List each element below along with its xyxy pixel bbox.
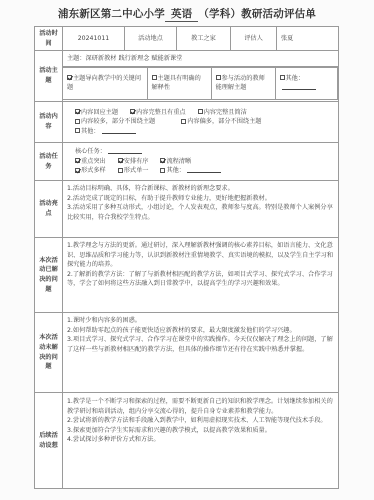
content-option-other[interactable]: 其他： bbox=[75, 127, 136, 137]
unsolved-item: 3.项目式学习、探究式学习、合作学习在课堂中的实践操作。今天仅仅解决了理念上的问… bbox=[67, 335, 334, 354]
content-option-4[interactable]: 内容较多，部分不围绕主题 bbox=[75, 117, 155, 127]
task-row: 活动任务 核心任务： 重点突出 安排有序 流程清晰 形式多样 形式单一 其他： bbox=[35, 143, 339, 181]
followup-content: 1.教学是一个不断学习和探索的过程，需要不断更新自己的知识和教学理念。计划继续参… bbox=[63, 393, 339, 489]
theme-row: 活动主题 主题：深研新教材 践行新理念 赋能新课堂 主题导向教学中的关键问题 主… bbox=[35, 51, 339, 102]
other-blank[interactable] bbox=[102, 128, 136, 134]
checkbox-icon bbox=[75, 119, 80, 124]
followup-label: 后续活动设想 bbox=[35, 393, 63, 489]
unsolved-item: 1.课时少和内容多的困惑。 bbox=[67, 316, 334, 326]
checkbox-icon bbox=[160, 168, 165, 173]
task-label: 活动任务 bbox=[35, 143, 63, 181]
checkbox-icon bbox=[118, 168, 123, 173]
solved-row: 本次活动已解决的问题 1.教学理念与方法的更新。通过研讨，深入理解新教材强调的核… bbox=[35, 238, 339, 313]
checkbox-checked-icon bbox=[67, 75, 72, 80]
checkbox-icon bbox=[280, 75, 285, 80]
unsolved-row: 本次活动未解决的问题 1.课时少和内容多的困惑。 2.如何帮助零起点的孩子能更快… bbox=[35, 313, 339, 393]
highlight-item: 1.活动目标明确、具体，符合新课标、新教材的新理念要求。 bbox=[67, 184, 334, 194]
highlights-row: 活动亮点 1.活动目标明确、具体，符合新课标、新教材的新理念要求。 2.活动完成… bbox=[35, 181, 339, 238]
solved-item: 2.了解新的教学方法：了解了与新教材相匹配的教学方法，如项目式学习、探究式学习、… bbox=[67, 270, 334, 289]
content-row: 活动内容 内容回应主题 内容完整且有重点 内容完整且简洁 内容较多，部分不围绕主… bbox=[35, 102, 339, 143]
task-option-other[interactable]: 其他： bbox=[160, 166, 221, 176]
theme-option-1[interactable]: 主题导向教学中的关键问题 bbox=[63, 67, 147, 99]
checkbox-icon bbox=[198, 109, 203, 114]
task-option-3[interactable]: 流程清晰 bbox=[160, 157, 191, 167]
assessor-label: 评估人 bbox=[231, 27, 277, 51]
checkbox-icon bbox=[216, 75, 221, 80]
theme-option-2[interactable]: 主题具有明确的解释性 bbox=[147, 67, 211, 99]
place-label: 活动地点 bbox=[125, 27, 177, 51]
checkbox-checked-icon bbox=[118, 158, 123, 163]
followup-item: 3.探索更加符合学生实际需求和兴趣的教学模式，以提高教学效果和质量。 bbox=[67, 426, 334, 436]
content-option-1[interactable]: 内容回应主题 bbox=[75, 108, 118, 118]
task-option-4[interactable]: 形式多样 bbox=[75, 166, 106, 176]
unsolved-item: 2.如何帮助零起点的孩子能更快适应新教材的要求，最大限度激发他们的学习兴趣。 bbox=[67, 326, 334, 336]
header-row: 活动时间 20241011 活动地点 教工之家 评估人 张夏 bbox=[35, 27, 339, 51]
unsolved-content: 1.课时少和内容多的困惑。 2.如何帮助零起点的孩子能更快适应新教材的要求，最大… bbox=[63, 313, 339, 393]
highlight-item: 2.活动完成了既定的目标，有助于提升教师专业能力，更好地把握新教材。 bbox=[67, 194, 334, 204]
task-option-2[interactable]: 安排有序 bbox=[118, 157, 149, 167]
theme-label: 活动主题 bbox=[35, 51, 63, 102]
followup-item: 4.尝试探讨多种评价方式和方法。 bbox=[67, 435, 334, 445]
core-task-label: 核心任务： bbox=[75, 148, 106, 155]
checkbox-checked-icon bbox=[130, 109, 135, 114]
content-label: 活动内容 bbox=[35, 102, 63, 143]
content-option-5[interactable]: 内容偏多，部分不围绕主题 bbox=[181, 117, 261, 127]
highlight-item: 3.活动采用了多种互动形式，小组讨论，个人发表观点，教师参与度高。特别是教师个人… bbox=[67, 203, 334, 222]
time-value: 20241011 bbox=[63, 27, 125, 51]
title-suffix: （学科）教研活动评估单 bbox=[198, 8, 316, 20]
followup-item: 2.尝试将新的教学方法和手段融入到教学中，如利用虚拟现实技术、人工智能等现代技术… bbox=[67, 416, 334, 426]
checkbox-checked-icon bbox=[75, 168, 80, 173]
followup-row: 后续活动设想 1.教学是一个不断学习和探索的过程，需要不断更新自己的知识和教学理… bbox=[35, 393, 339, 489]
content-option-3[interactable]: 内容完整且简洁 bbox=[198, 108, 247, 118]
task-option-5[interactable]: 形式单一 bbox=[118, 166, 149, 176]
subject-field: 英语 bbox=[165, 6, 198, 22]
core-task-blank[interactable] bbox=[108, 148, 142, 154]
other-blank[interactable] bbox=[282, 84, 316, 90]
theme-topic: 主题：深研新教材 践行新理念 赋能新课堂 bbox=[63, 52, 338, 67]
solved-label: 本次活动已解决的问题 bbox=[35, 238, 63, 313]
document-page: 浦东新区第二中心小学英语（学科）教研活动评估单 活动时间 20241011 活动… bbox=[0, 0, 374, 500]
document-title: 浦东新区第二中心小学英语（学科）教研活动评估单 bbox=[0, 6, 374, 22]
theme-option-other[interactable]: 其他： bbox=[275, 67, 338, 99]
followup-item: 1.教学是一个不断学习和探索的过程，需要不断更新自己的知识和教学理念。计划继续参… bbox=[67, 397, 334, 416]
checkbox-checked-icon bbox=[75, 158, 80, 163]
unsolved-label: 本次活动未解决的问题 bbox=[35, 313, 63, 393]
highlights-content: 1.活动目标明确、具体，符合新课标、新教材的新理念要求。 2.活动完成了既定的目… bbox=[63, 181, 339, 238]
evaluation-form-table: 活动时间 20241011 活动地点 教工之家 评估人 张夏 活动主题 主题：深… bbox=[34, 26, 339, 489]
school-name: 浦东新区第二中心小学 bbox=[58, 8, 165, 20]
checkbox-icon bbox=[152, 75, 157, 80]
assessor-value: 张夏 bbox=[277, 27, 339, 51]
place-value: 教工之家 bbox=[177, 27, 231, 51]
checkbox-icon bbox=[75, 128, 80, 133]
checkbox-checked-icon bbox=[75, 109, 80, 114]
other-blank[interactable] bbox=[187, 167, 221, 173]
task-option-1[interactable]: 重点突出 bbox=[75, 157, 106, 167]
content-option-2[interactable]: 内容完整且有重点 bbox=[130, 108, 186, 118]
solved-item: 1.教学理念与方法的更新。通过研讨，深入理解新教材强调的核心素养目标，如语言能力… bbox=[67, 241, 334, 270]
checkbox-icon bbox=[181, 119, 186, 124]
highlights-label: 活动亮点 bbox=[35, 181, 63, 238]
checkbox-checked-icon bbox=[160, 158, 165, 163]
time-label: 活动时间 bbox=[35, 27, 63, 51]
theme-option-3[interactable]: 参与活动的教师能理解主题 bbox=[211, 67, 275, 99]
solved-content: 1.教学理念与方法的更新。通过研讨，深入理解新教材强调的核心素养目标，如语言能力… bbox=[63, 238, 339, 313]
